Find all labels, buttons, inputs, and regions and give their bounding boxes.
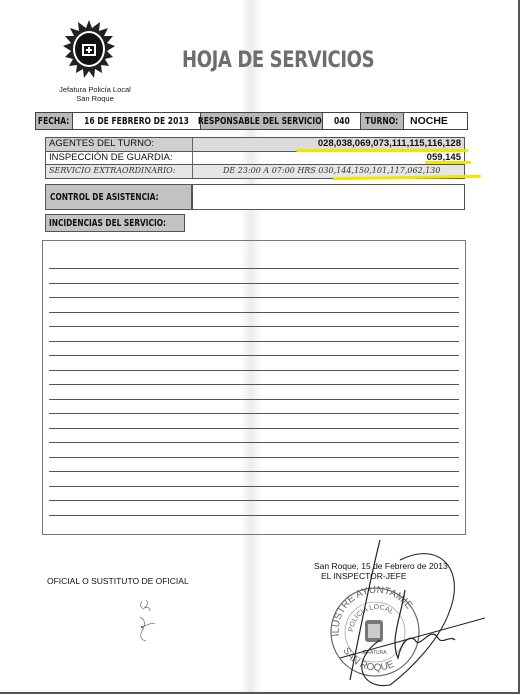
ruled-line <box>49 370 459 371</box>
oficial-signature-label: OFICIAL O SUSTITUTO DE OFICIAL <box>47 576 189 586</box>
inspeccion-label: INSPECCIÓN DE GUARDIA: <box>46 152 193 165</box>
police-badge-icon <box>62 18 116 82</box>
ruled-line <box>49 341 459 342</box>
ruled-line <box>49 442 459 443</box>
extraordinario-label: SERVICIO EXTRAORDINARIO: <box>46 165 193 178</box>
page-title: HOJA DE SERVICIOS <box>182 48 374 73</box>
service-table: AGENTES DEL TURNO: 028,038,069,073,111,1… <box>45 137 465 179</box>
org-line-2: San Roque <box>40 94 150 103</box>
incidencias-lines-area <box>42 240 466 535</box>
control-asistencia-label: CONTROL DE ASISTENCIA: <box>45 184 192 210</box>
responsable-value: 040 <box>322 112 361 130</box>
ruled-line <box>49 500 459 501</box>
ruled-line <box>49 471 459 472</box>
highlighter-mark <box>425 161 471 164</box>
ruled-line <box>49 515 459 516</box>
ruled-line <box>49 297 459 298</box>
organization-name: Jefatura Policía Local San Roque <box>40 85 150 103</box>
turno-label: TURNO: <box>360 112 404 130</box>
ruled-line <box>49 384 459 385</box>
ruled-line <box>49 268 459 269</box>
ruled-line <box>49 486 459 487</box>
handwritten-initials <box>130 595 170 650</box>
inspector-signature <box>290 540 490 690</box>
ruled-line <box>49 312 459 313</box>
ruled-line <box>49 428 459 429</box>
incidencias-label: INCIDENCIAS DEL SERVICIO: <box>45 214 185 232</box>
agentes-label: AGENTES DEL TURNO: <box>46 138 193 151</box>
turno-value: NOCHE <box>403 112 468 130</box>
ruled-line <box>49 326 459 327</box>
table-row: INSPECCIÓN DE GUARDIA: 059,145 <box>45 152 465 166</box>
fecha-value: 16 DE FEBRERO DE 2013 <box>72 112 201 130</box>
document-page: Jefatura Policía Local San Roque HOJA DE… <box>0 0 520 694</box>
org-line-1: Jefatura Policía Local <box>40 85 150 94</box>
ruled-line <box>49 355 459 356</box>
responsable-label: RESPONSABLE DEL SERVICIO: <box>200 112 323 130</box>
ruled-line <box>49 399 459 400</box>
ruled-line <box>49 283 459 284</box>
ruled-line <box>49 413 459 414</box>
fecha-label: FECHA: <box>35 112 73 130</box>
ruled-line <box>49 457 459 458</box>
highlighter-mark <box>296 149 468 152</box>
control-asistencia-field <box>192 184 465 210</box>
inspeccion-value: 059,145 <box>193 152 464 165</box>
